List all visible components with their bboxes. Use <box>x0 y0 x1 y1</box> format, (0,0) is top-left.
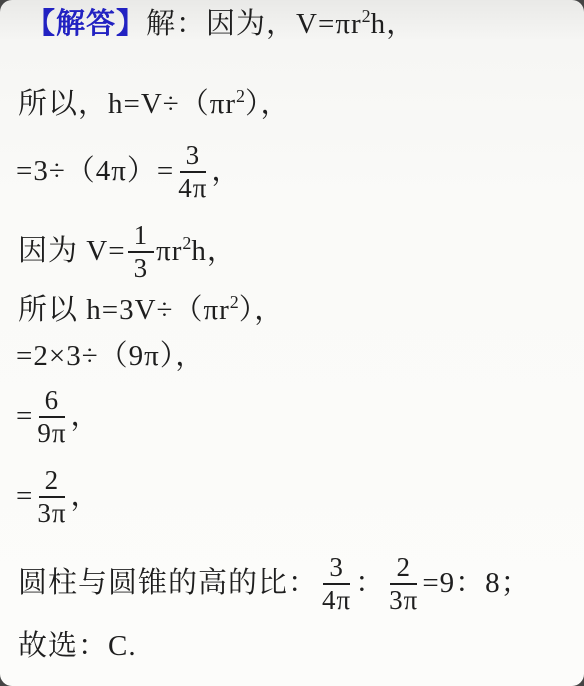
text-segment: = <box>16 480 33 513</box>
fraction: 34π <box>320 553 353 615</box>
text-segment: πr <box>156 235 182 268</box>
fraction-denominator: 3π <box>35 498 68 528</box>
fraction-numerator: 1 <box>128 221 155 253</box>
fraction-denominator: 9π <box>35 418 68 448</box>
fraction: 23π <box>387 553 420 615</box>
text-segment: =3÷（4π）= <box>16 155 174 188</box>
solution-line-2: 所以，h=V÷（πr2）， <box>18 88 291 121</box>
fraction-denominator: 3 <box>132 253 151 283</box>
solution-line-9: 圆柱与圆锥的高的比：34π：23π=9：8； <box>18 553 531 615</box>
text-segment: 圆柱与圆锥的高的比： <box>18 567 318 600</box>
text-segment: 故选：C. <box>18 630 137 663</box>
text-segment: 2 <box>362 6 371 27</box>
fraction-denominator: 4π <box>176 173 209 203</box>
fraction: 23π <box>35 466 68 528</box>
answer-section-label: 【解答】 <box>26 8 146 41</box>
fraction-numerator: 6 <box>39 386 66 418</box>
fraction-numerator: 2 <box>390 553 417 585</box>
fraction-numerator: 2 <box>39 466 66 498</box>
text-segment: ）， <box>245 88 291 121</box>
text-segment: 所以 h=3V÷（πr <box>18 294 230 327</box>
solution-line-8: =23π， <box>16 466 101 528</box>
text-segment: ， <box>211 155 241 188</box>
text-segment: ， <box>71 400 101 433</box>
document-card: 【解答】解：因为，V=πr2h， 所以，h=V÷（πr2）， =3÷（4π）=3… <box>0 0 584 686</box>
text-segment: h， <box>191 235 237 268</box>
solution-line-1: 【解答】解：因为，V=πr2h， <box>26 8 416 41</box>
text-segment: =2×3÷（9π）， <box>16 340 205 373</box>
text-segment: 2 <box>230 292 239 313</box>
fraction: 13 <box>128 221 155 283</box>
solution-line-5: 所以 h=3V÷（πr2）， <box>18 294 284 327</box>
text-segment: ， <box>71 480 101 513</box>
fraction: 69π <box>35 386 68 448</box>
solution-line-6: =2×3÷（9π）， <box>16 340 205 373</box>
solution-line-7: =69π， <box>16 386 101 448</box>
text-segment: = <box>16 400 33 433</box>
text-segment: 2 <box>236 86 245 107</box>
text-segment: 因为 V= <box>18 235 126 268</box>
solution-line-3: =3÷（4π）=34π， <box>16 141 241 203</box>
text-segment: ）， <box>239 294 285 327</box>
solution-line-4: 因为 V=13πr2h， <box>18 221 237 283</box>
solution-line-10: 故选：C. <box>18 630 137 663</box>
text-segment: h， <box>371 8 417 41</box>
solution-document: 【解答】解：因为，V=πr2h， 所以，h=V÷（πr2）， =3÷（4π）=3… <box>0 0 584 686</box>
text-segment: =9：8； <box>422 567 530 600</box>
text-segment: 2 <box>182 233 191 254</box>
text-segment: 所以，h=V÷（πr <box>18 88 236 121</box>
fraction: 34π <box>176 141 209 203</box>
fraction-numerator: 3 <box>180 141 207 173</box>
fraction-numerator: 3 <box>323 553 350 585</box>
text-segment: 解：因为，V=πr <box>146 8 362 41</box>
fraction-denominator: 3π <box>387 585 420 615</box>
fraction-denominator: 4π <box>320 585 353 615</box>
text-segment: ： <box>355 567 385 600</box>
